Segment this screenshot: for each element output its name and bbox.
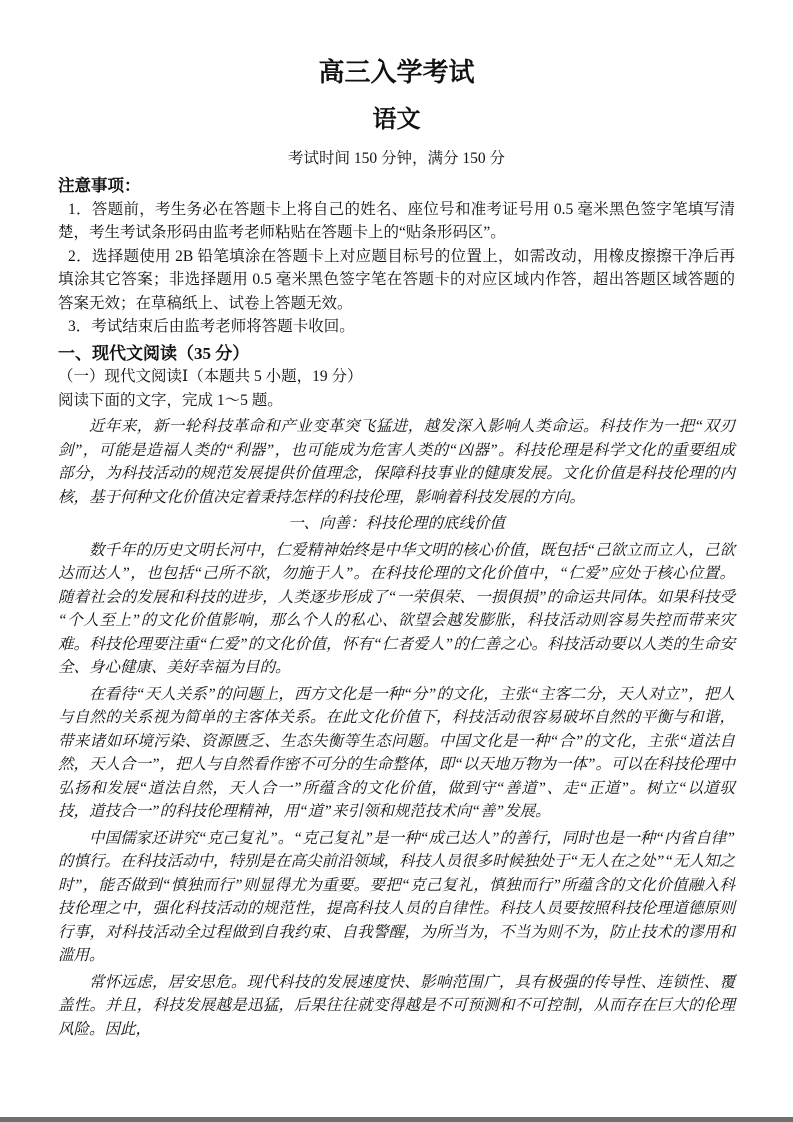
notice-section: 注意事项： 1．答题前，考生务必在答题卡上将自己的姓名、座位号和准考证号用 0.…: [58, 174, 735, 339]
passage-paragraph: 近年来，新一轮科技革命和产业变革突飞猛进，越发深入影响人类命运。科技作为一把“双…: [58, 415, 735, 509]
exam-title: 高三入学考试: [58, 56, 735, 90]
notice-heading: 注意事项：: [58, 174, 735, 198]
exam-subject: 语文: [58, 104, 735, 136]
exam-time-score-info: 考试时间 150 分钟，满分 150 分: [58, 148, 735, 170]
exam-paper-page: 高三入学考试 语文 考试时间 150 分钟，满分 150 分 注意事项： 1．答…: [0, 0, 793, 1122]
notice-item-2: 2．选择题使用 2B 铅笔填涂在答题卡上对应题目标号的位置上，如需改动，用橡皮擦…: [58, 245, 735, 316]
exam-header: 高三入学考试 语文 考试时间 150 分钟，满分 150 分: [58, 0, 735, 170]
passage-paragraph: 在看待“天人关系”的问题上，西方文化是一种“分”的文化，主张“主客二分，天人对立…: [58, 683, 735, 824]
notice-item-1: 1．答题前，考生务必在答题卡上将自己的姓名、座位号和准考证号用 0.5 毫米黑色…: [58, 198, 735, 245]
reading-passage: 近年来，新一轮科技革命和产业变革突飞猛进，越发深入影响人类命运。科技作为一把“双…: [58, 415, 735, 1041]
modern-text-reading-section: 一、现代文阅读（35 分） （一）现代文阅读Ⅰ（本题共 5 小题，19 分） 阅…: [58, 342, 735, 413]
passage-paragraph: 常怀远虑，居安思危。现代科技的发展速度快、影响范围广，具有极强的传导性、连锁性、…: [58, 971, 735, 1042]
passage-subtitle: 一、向善：科技伦理的底线价值: [58, 512, 735, 536]
notice-item-3: 3．考试结束后由监考老师将答题卡收回。: [58, 315, 735, 339]
section-subheading: （一）现代文阅读Ⅰ（本题共 5 小题，19 分）: [58, 365, 735, 389]
section-heading: 一、现代文阅读（35 分）: [58, 342, 735, 366]
passage-paragraph: 中国儒家还讲究“克己复礼”。“克己复礼”是一种“成己达人”的善行，同时也是一种“…: [58, 827, 735, 968]
reading-instruction: 阅读下面的文字，完成 1～5 题。: [58, 389, 735, 413]
passage-paragraph: 数千年的历史文明长河中，仁爱精神始终是中华文明的核心价值，既包括“己欲立而立人，…: [58, 539, 735, 680]
page-content: 高三入学考试 语文 考试时间 150 分钟，满分 150 分 注意事项： 1．答…: [58, 0, 735, 1041]
page-bottom-edge: [0, 1117, 793, 1122]
